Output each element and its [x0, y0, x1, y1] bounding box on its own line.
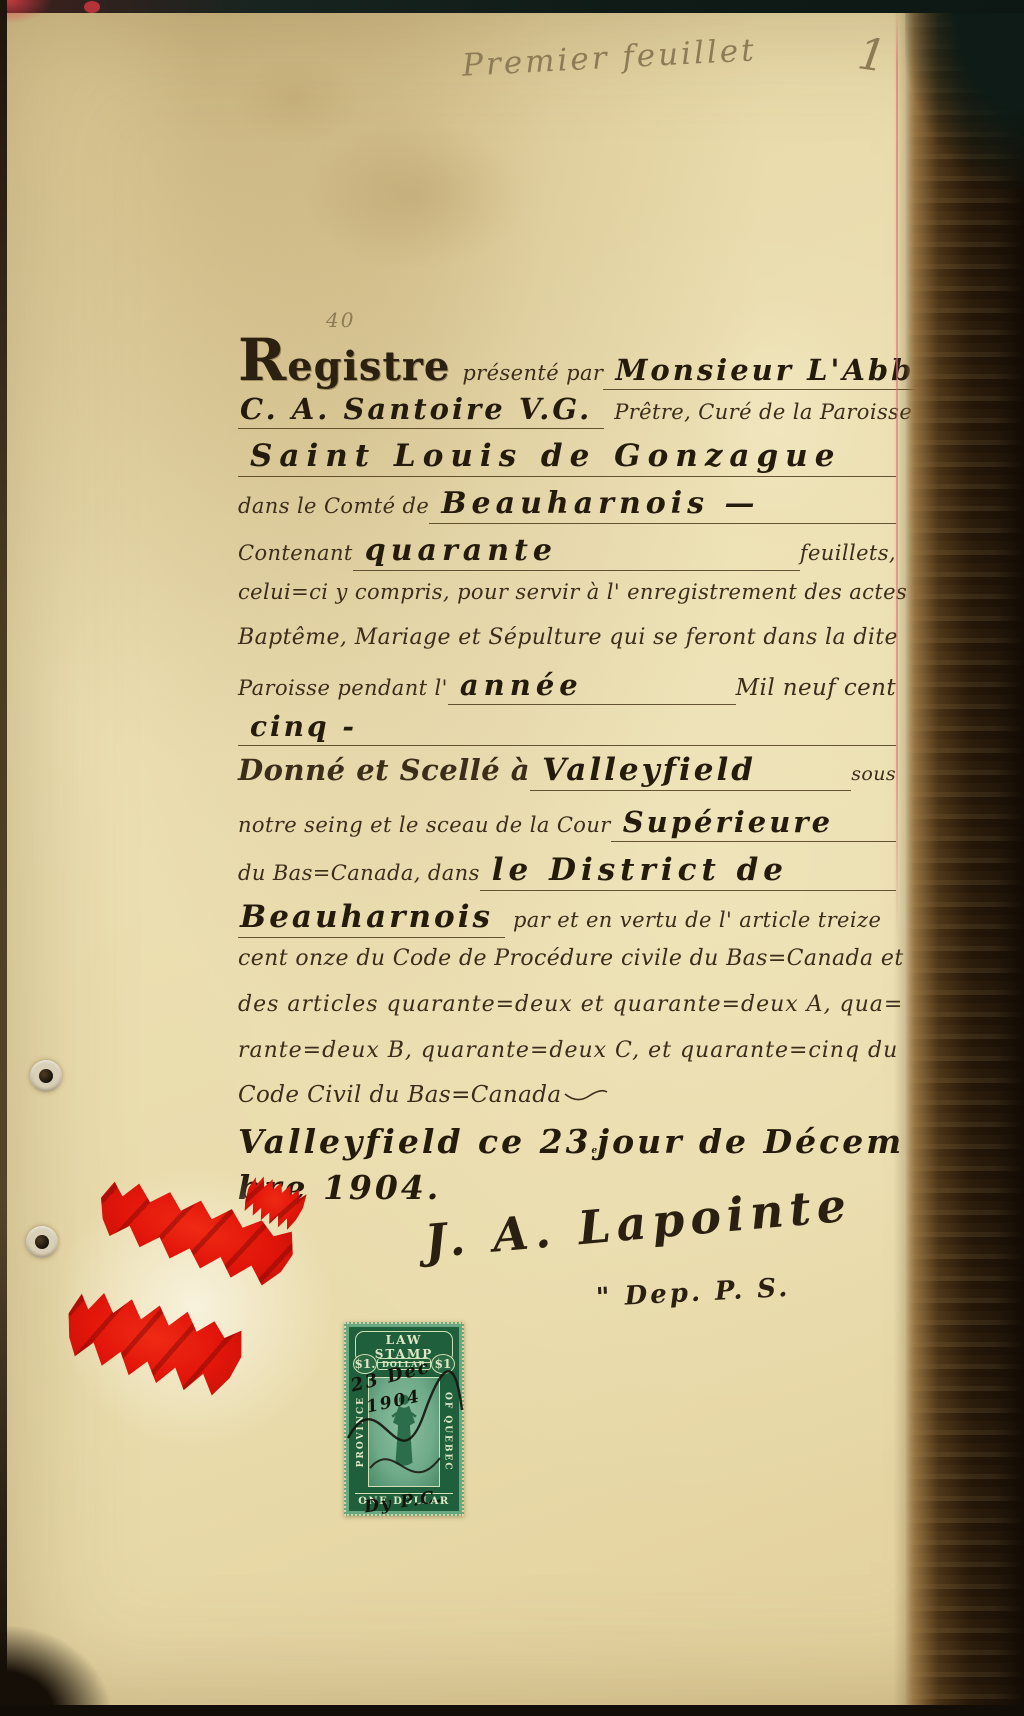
law-stamp-value-row: $1. DOLLAR $1: [353, 1354, 455, 1374]
handwritten-entry: Valleyfield: [530, 752, 851, 791]
pencil-page-number: 1: [855, 28, 890, 82]
form-line-cinq: cinq -: [238, 710, 896, 746]
form-line-district: du Bas=Canada, dans le District de: [238, 852, 896, 891]
paper-stain: [230, 55, 360, 145]
register-page-photo: Premier feuillet 1 40 Registre présenté …: [0, 0, 1024, 1716]
handwritten-entry: Monsieur L'Abbé: [603, 353, 942, 390]
spine-texture: [905, 0, 1024, 1716]
form-line-cour: notre seing et le sceau de la Cour Supér…: [238, 805, 896, 842]
printed-text: Contenant: [238, 541, 353, 565]
law-stamp-denomination: ONE DOLLAR: [355, 1493, 453, 1507]
form-line-code-civil: Code Civil du Bas=Canada: [238, 1082, 896, 1108]
printed-text: Code Civil du Bas=Canada: [238, 1082, 561, 1108]
form-line-annee: Paroisse pendant l' année Mil neuf cent: [238, 668, 896, 705]
printed-text: dans le Comté de: [238, 494, 429, 518]
stamp-left-value: $1.: [353, 1354, 377, 1374]
signature-title: " Dep. P. S.: [595, 1273, 791, 1313]
form-line-articles-b: rante=deux B, quarante=deux C, et quaran…: [238, 1038, 896, 1063]
stamp-right-vertical-label: OF QUEBEC: [440, 1377, 455, 1487]
spine-shadow-top: [905, 0, 1024, 190]
handwritten-entry: quarante: [353, 533, 800, 571]
law-stamp-middle: PROVINCE OF QUEBEC: [353, 1377, 455, 1487]
punch-hole: [30, 1060, 62, 1092]
form-line-registre: Registre présenté par Monsieur L'Abbé: [238, 326, 896, 394]
handwritten-entry: Supérieure: [611, 805, 896, 842]
handwritten-entry: C. A. Santoire V.G.: [238, 392, 604, 429]
handwritten-entry: cinq -: [238, 710, 896, 746]
form-line-paroisse: Saint Louis de Gonzague: [238, 438, 896, 477]
printed-text: cent onze du Code de Procédure civile du…: [238, 946, 904, 971]
printed-text: présenté par: [462, 361, 603, 385]
photo-edge-top: [0, 0, 1024, 13]
printed-text: Baptême, Mariage et Sépulture qui se fer…: [238, 625, 898, 650]
form-line-compris: celui=ci y compris, pour servir à l' enr…: [238, 580, 896, 604]
photo-corner-bottom-left: [0, 1626, 110, 1716]
form-line-beauharnois: Beauharnois par et en vertu de l' articl…: [238, 899, 896, 938]
law-stamp-frame: LAW STAMP $1. DOLLAR $1 PROVINCE OF QUEB…: [349, 1327, 459, 1511]
law-stamp: LAW STAMP $1. DOLLAR $1 PROVINCE OF QUEB…: [344, 1322, 464, 1516]
pen-flourish: [563, 1084, 609, 1102]
stamp-center-panel: [368, 1377, 440, 1487]
form-line-code-procedure: cent onze du Code de Procédure civile du…: [238, 946, 896, 971]
form-line-cure: C. A. Santoire V.G. Prêtre, Curé de la P…: [238, 392, 896, 429]
handwritten-entry: année: [448, 668, 736, 705]
stamp-dollar-label: DOLLAR: [377, 1358, 431, 1370]
handwritten-entry: Saint Louis de Gonzague: [238, 438, 896, 477]
printed-text: rante=deux B, quarante=deux C, et quaran…: [238, 1038, 898, 1063]
punch-hole: [26, 1226, 58, 1258]
stamp-quebec-text: OF QUEBEC: [443, 1392, 453, 1472]
handwritten-entry: Beauharnois: [238, 899, 505, 938]
handwritten-date-part2: jour de Décem: [597, 1122, 904, 1161]
stamp-left-vertical-label: PROVINCE: [353, 1377, 368, 1487]
printed-text: Donné et Scellé à: [238, 753, 530, 787]
photo-edge-left: [0, 0, 7, 1716]
stamp-right-value: $1: [431, 1354, 455, 1374]
closing-date-line: Valleyfield ce 23e jour de Décem: [238, 1122, 896, 1161]
printed-text: notre seing et le sceau de la Cour: [238, 813, 611, 837]
form-line-bms: Baptême, Mariage et Sépulture qui se fer…: [238, 625, 896, 650]
printed-text: par et en vertu de l' article treize: [513, 908, 881, 932]
printed-text: celui=ci y compris, pour servir à l' enr…: [238, 580, 941, 604]
paper-stain: [300, 120, 530, 270]
form-line-feuillets: Contenant quarante feuillets,: [238, 533, 896, 571]
stamp-province-text: PROVINCE: [356, 1396, 366, 1467]
form-line-donne: Donné et Scellé à Valleyfield sous: [238, 752, 896, 791]
printed-text: Mil neuf cent: [736, 675, 896, 701]
handwritten-date-part1: Valleyfield ce 23: [238, 1122, 592, 1161]
red-margin-line: [896, 8, 898, 936]
printed-text: Paroisse pendant l': [238, 676, 448, 700]
printed-text: sous: [851, 763, 896, 785]
handwritten-entry: Beauharnois —: [429, 486, 896, 524]
form-line-comte: dans le Comté de Beauharnois —: [238, 486, 896, 524]
form-line-articles-a: des articles quarante=deux et quarante=d…: [238, 992, 896, 1017]
printed-text: feuillets,: [800, 541, 896, 565]
form-title: Registre: [238, 326, 450, 394]
printed-text: des articles quarante=deux et quarante=d…: [238, 992, 903, 1017]
handwritten-entry: le District de: [480, 852, 896, 891]
justice-figure-icon: [387, 1389, 421, 1475]
book-spine-edge: [905, 0, 1024, 1716]
printed-text: du Bas=Canada, dans: [238, 861, 480, 885]
pencil-header-note: Premier feuillet: [461, 32, 757, 83]
photo-edge-bottom: [0, 1705, 1024, 1716]
